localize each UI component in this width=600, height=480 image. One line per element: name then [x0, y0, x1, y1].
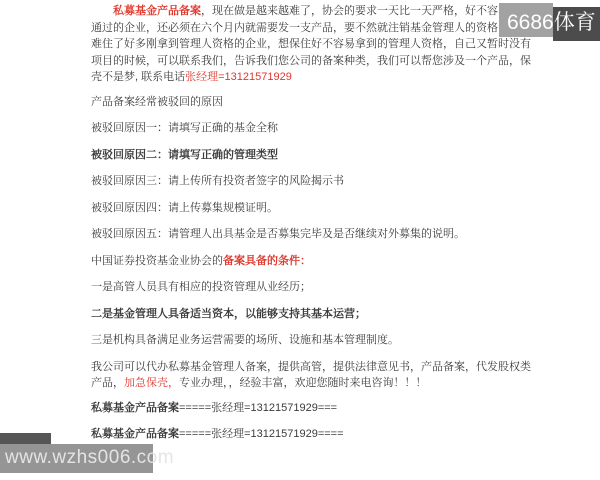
article: 私募基金产品备案，现在做是越来越难了，协会的要求一天比一天严格，好不容易备案通过… [91, 3, 532, 453]
services-highlight: 加急保壳， [124, 377, 179, 389]
conditions-heading-highlight: 备案具备的条件： [223, 255, 311, 267]
contact-line-2: 私募基金产品备案=====张经理=13121571929==== [91, 426, 532, 443]
watermark-url-link[interactable]: www.wzhs006.com [5, 447, 174, 469]
site-badge-link[interactable]: 6686体育 [507, 12, 596, 34]
contact-line-2-phone: =====张经理=13121571929==== [179, 428, 344, 440]
contact-line-1: 私募基金产品备案=====张经理=13121571929=== [91, 400, 532, 417]
reason-item-3: 被驳回原因三：请上传所有投资者签字的风险揭示书 [91, 173, 532, 190]
condition-item-2: 二是基金管理人具备适当资本，以能够支持其基本运营； [91, 306, 532, 323]
conditions-heading-text: 中国证券投资基金业协会的 [91, 255, 223, 267]
condition-item-1: 一是高管人员具有相应的投资管理从业经历； [91, 279, 532, 296]
contact-line-2-prefix: 私募基金产品备案 [91, 428, 179, 440]
contact-line-1-prefix: 私募基金产品备案 [91, 402, 179, 414]
contact-line-1-phone: =====张经理=13121571929=== [179, 402, 337, 414]
reason-item-4: 被驳回原因四：请上传募集规模证明。 [91, 200, 532, 217]
services-text-2: 专业办理，，经验丰富，欢迎您随时来电咨询！！！ [179, 377, 427, 389]
condition-item-3: 三是机构具备满足业务运营需要的场所、设施和基本管理制度。 [91, 332, 532, 349]
services-paragraph: 我公司可以代办私募基金管理人备案，提供高管，提供法律意见书，产品备案，代发股权类… [91, 359, 532, 392]
reason-item-2: 被驳回原因二：请填写正确的管理类型 [91, 147, 532, 164]
reason-item-5: 被驳回原因五：请管理人出具基金是否募集完毕及是否继续对外募集的说明。 [91, 226, 532, 243]
reasons-heading: 产品备案经常被驳回的原因 [91, 94, 532, 111]
intro-lead-highlight: 私募基金产品备案 [113, 5, 201, 17]
intro-paragraph: 私募基金产品备案，现在做是越来越难了，协会的要求一天比一天严格，好不容易备案通过… [91, 3, 532, 86]
intro-phone-number: 张经理=13121571929 [185, 71, 292, 83]
conditions-heading: 中国证券投资基金业协会的备案具备的条件： [91, 253, 532, 270]
reason-item-1: 被驳回原因一：请填写正确的基金全称 [91, 120, 532, 137]
